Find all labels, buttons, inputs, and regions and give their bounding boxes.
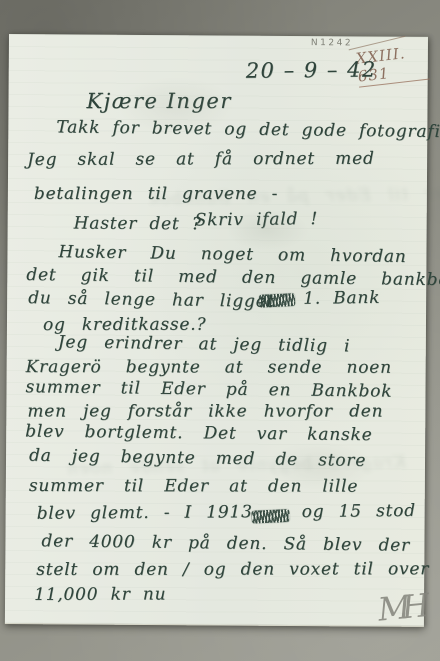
signature-monogram: MH	[376, 587, 422, 629]
letter-line: 11,000 kr nu	[34, 586, 166, 603]
letter-line: stelt om den / og den voxet til over	[36, 561, 429, 579]
letter-line: men jeg forstår ikke hvorfor den	[27, 403, 383, 420]
letter-line: blev bortglemt. Det var kanske	[25, 424, 372, 445]
letter-line: og kreditkasse.?	[43, 317, 206, 334]
letter-date: 20 – 9 – 42	[246, 59, 377, 81]
letter-line: da jeg begynte med de store	[29, 448, 366, 470]
letter-line: Kragerö begynte at sende noen	[26, 359, 392, 377]
letter-line: 1. Bank	[303, 290, 380, 308]
letter-line: og 15 stod	[302, 503, 416, 521]
letter-line: Skriv ifald !	[195, 211, 319, 229]
letter-line: summer til Eder at den lille	[29, 478, 358, 496]
letter-line: Husker Du noget om hvordan	[58, 244, 406, 266]
letter-page: N1242 XXIII. 631 summer til Eder på en B…	[5, 34, 428, 627]
letter-line: betalingen til gravene -	[34, 186, 278, 203]
letter-line: Takk for brevet og det gode fotografi	[56, 119, 440, 141]
scribbled-out-word: 14	[251, 509, 290, 524]
letter-line: det gik til med den gamle bankbok	[26, 267, 440, 289]
letter-line: Jeg skal se at få ordnet med	[27, 151, 375, 169]
letter-line: der 4000 kr på den. Så blev der	[41, 533, 410, 555]
letter-line: du så lenge har ligget	[28, 290, 274, 311]
letter-line: blev glemt. - I 1913	[37, 504, 253, 523]
archive-stamp: N1242	[311, 38, 353, 48]
scribbled-out-word: på	[259, 293, 296, 308]
letter-line: Haster det ?	[74, 215, 202, 233]
letter-line: Jeg erindrer at jeg tidlig i	[58, 334, 351, 355]
letter-line: summer til Eder på en Bankbok	[25, 379, 392, 400]
photo-mount-background: N1242 XXIII. 631 summer til Eder på en B…	[0, 0, 440, 661]
salutation: Kjære Inger	[87, 91, 232, 112]
